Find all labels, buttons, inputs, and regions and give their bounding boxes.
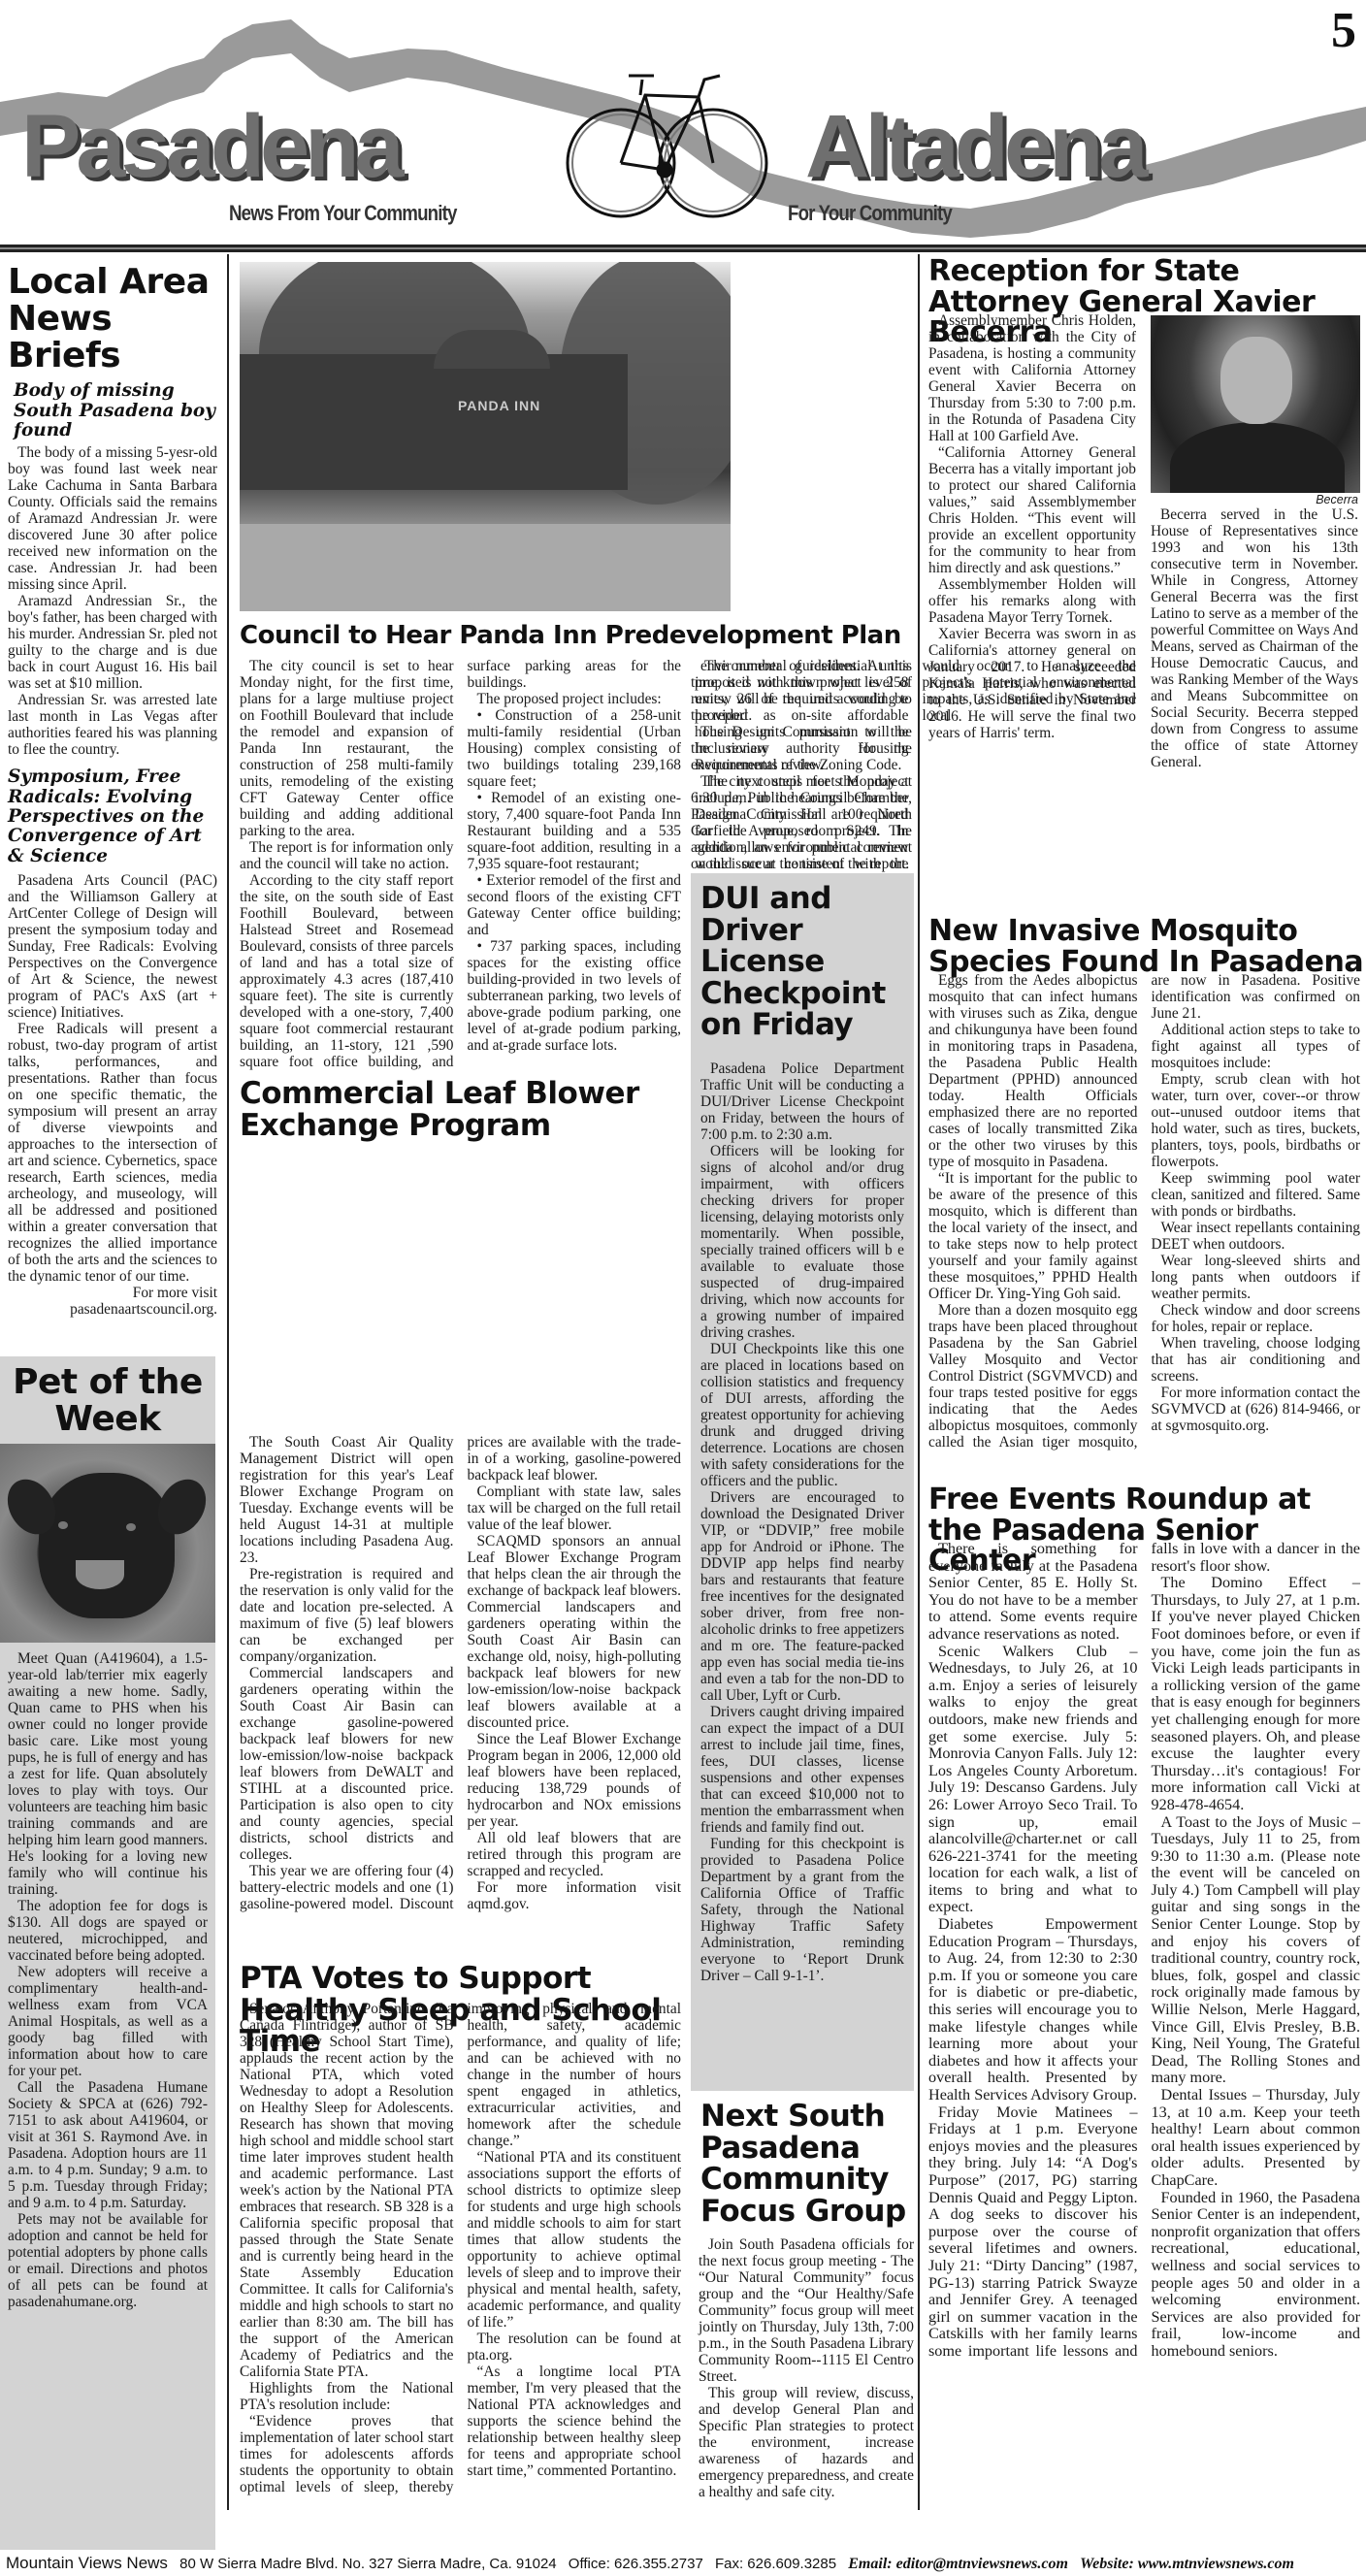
website-link[interactable]: Website: www.mtnviewsnews.com bbox=[1080, 2556, 1294, 2572]
paragraph: Aramazd Andressian Sr., the boy's father… bbox=[8, 593, 217, 692]
paragraph: Assemblymember Holden will offer his rem… bbox=[928, 576, 1136, 626]
paragraph: Officers will be looking for signs of al… bbox=[700, 1143, 904, 1341]
paragraph: Join South Pasadena officials for the ne… bbox=[699, 2236, 914, 2385]
article-body-pta: Senator Anthony Portantino (La Cañada Fl… bbox=[240, 2001, 681, 2544]
paragraph: Diabetes Empowerment Education Program –… bbox=[928, 1916, 1138, 2104]
paragraph: All old leaf blowers that are retired th… bbox=[468, 1830, 682, 1879]
story-subhead: Symposium, Free Radicals: Evolving Persp… bbox=[0, 758, 225, 872]
paragraph: This group will review, discuss, and dev… bbox=[699, 2385, 914, 2500]
paragraph: Founded in 1960, the Pasadena Senior Cen… bbox=[1152, 2190, 1361, 2361]
article-body-senior-center: There is something for everyone in July … bbox=[928, 1541, 1360, 2545]
paragraph: Dental Issues – Thursday, July 13, at 10… bbox=[1152, 2087, 1361, 2190]
article-body-panda-inn: The city council is set to hear Monday n… bbox=[240, 658, 681, 1075]
link-text: For more visit pasadenaartscouncil.org. bbox=[8, 1285, 217, 1318]
masthead-title-altadena: Altadena bbox=[805, 102, 1144, 191]
email-link[interactable]: Email: editor@mtnviewsnews.com bbox=[848, 2556, 1068, 2572]
paragraph: Pasadena Police Department Traffic Unit … bbox=[700, 1060, 904, 1143]
article-title-dui: DUI and Driver License Checkpoint on Fri… bbox=[691, 873, 914, 1047]
photo-caption: Becerra bbox=[1151, 493, 1358, 506]
paragraph: Highlights from the National PTA's resol… bbox=[240, 2380, 454, 2413]
article-body-becerra: Assemblymember Chris Holden, in collabor… bbox=[928, 312, 1136, 741]
paragraph: The city council meets Monday at 6:30 p.… bbox=[691, 773, 912, 872]
paragraph: Pre-registration is required and the res… bbox=[240, 1566, 454, 1665]
article-body-dui: Pasadena Police Department Traffic Unit … bbox=[691, 1047, 914, 1984]
story-body: Pasadena Arts Council (PAC) and the Will… bbox=[0, 872, 225, 1318]
column-divider bbox=[918, 254, 920, 2510]
paragraph: DUI Checkpoints like this one are placed… bbox=[700, 1341, 904, 1489]
page-footer: Mountain Views News 80 W Sierra Madre Bl… bbox=[0, 2554, 1366, 2576]
pet-description: Meet Quan (A419604), a 1.5-year-old lab/… bbox=[0, 1643, 215, 2310]
paragraph: Pasadena Arts Council (PAC) and the Will… bbox=[8, 872, 217, 1021]
paragraph: For more information contact the SGVMVCD… bbox=[1152, 1385, 1361, 1434]
paragraph: Wear insect repellants containing DEET w… bbox=[1152, 1220, 1361, 1253]
section-title: Local Area News Briefs bbox=[0, 254, 225, 374]
article-title-panda-inn: Council to Hear Panda Inn Predevelopment… bbox=[240, 623, 919, 649]
paragraph: “It is important for the public to be aw… bbox=[928, 1170, 1138, 1302]
paragraph: For more information visit aqmd.gov. bbox=[468, 1879, 682, 1912]
paragraph: The Design Commission will be the review… bbox=[691, 724, 912, 773]
paragraph: Assemblymember Chris Holden, in collabor… bbox=[928, 312, 1136, 444]
paragraph: Becerra served in the U.S. House of Repr… bbox=[1151, 506, 1358, 770]
paragraph: “As a longtime local PTA member, I'm ver… bbox=[468, 2364, 682, 2479]
paragraph: Compliant with state law, sales tax will… bbox=[468, 1484, 682, 1533]
paragraph: The city council is set to hear Monday n… bbox=[240, 658, 454, 839]
paragraph: Pets may not be available for adoption a… bbox=[8, 2211, 208, 2310]
paragraph: Check window and door screens for holes,… bbox=[1152, 1302, 1361, 1335]
publication-address: 80 W Sierra Madre Blvd. No. 327 Sierra M… bbox=[179, 2556, 557, 2572]
bullet-item: • 737 parking spaces, including spaces f… bbox=[468, 938, 682, 1054]
masthead: 5 Pasadena Altadena News From Your Commu… bbox=[0, 0, 1366, 243]
article-body-focus-group: Join South Pasadena officials for the ne… bbox=[699, 2236, 914, 2500]
paragraph: The adoption fee for dogs is $130. All d… bbox=[8, 1898, 208, 1964]
paragraph: Additional action steps to take to fight… bbox=[1152, 1022, 1361, 1071]
paragraph: Free Radicals will present a robust, two… bbox=[8, 1021, 217, 1285]
pet-title: Pet of the Week bbox=[0, 1356, 215, 1444]
column-divider bbox=[227, 254, 229, 2510]
article-title-leaf-blower: Commercial Leaf Blower Exchange Program bbox=[240, 1078, 681, 1141]
paragraph: The proposed project includes: bbox=[468, 691, 682, 707]
office-phone: Office: 626.355.2737 bbox=[569, 2556, 703, 2572]
paragraph: Drivers caught driving impaired can expe… bbox=[700, 1704, 904, 1836]
paragraph: environmental guidelines. At this time, … bbox=[691, 658, 912, 724]
story-body: The body of a missing 5-yesr-old boy was… bbox=[0, 444, 225, 758]
paragraph: SCAQMD sponsors an annual Leaf Blower Ex… bbox=[468, 1533, 682, 1731]
article-body-becerra-continued: Becerra served in the U.S. House of Repr… bbox=[1151, 506, 1358, 770]
paragraph: Funding for this checkpoint is provided … bbox=[700, 1836, 904, 1984]
bullet-item: • Remodel of an existing one-story, 7,40… bbox=[468, 790, 682, 872]
paragraph: Andressian Sr. was arrested late last mo… bbox=[8, 692, 217, 758]
paragraph: Call the Pasadena Humane Society & SPCA … bbox=[8, 2079, 208, 2211]
paragraph: Scenic Walkers Club – Wednesdays, to Jul… bbox=[928, 1644, 1138, 1917]
paragraph: Xavier Becerra was sworn in as Californi… bbox=[928, 626, 1136, 741]
paragraph: Eggs from the Aedes albopictus mosquito … bbox=[928, 972, 1138, 1170]
paragraph: The South Coast Air Quality Management D… bbox=[240, 1434, 454, 1566]
paragraph: Meet Quan (A419604), a 1.5-year-old lab/… bbox=[8, 1650, 208, 1898]
paragraph: The Domino Effect – Thursdays, to July 2… bbox=[1152, 1575, 1361, 1813]
tagline-right: For Your Community bbox=[788, 201, 952, 226]
quote: “National PTA and its constituent associ… bbox=[468, 2149, 682, 2331]
story-subhead: Body of missing South Pasadena boy found bbox=[0, 374, 225, 444]
tagline-left: News From Your Community bbox=[229, 201, 457, 226]
masthead-title-pasadena: Pasadena bbox=[21, 102, 400, 191]
pet-of-week-box: Pet of the Week Meet Quan (A419604), a 1… bbox=[0, 1356, 215, 2550]
paragraph: The body of a missing 5-yesr-old boy was… bbox=[8, 444, 217, 593]
paragraph: The report is for information only and t… bbox=[240, 839, 454, 872]
article-title-focus-group: Next South Pasadena Community Focus Grou… bbox=[700, 2101, 914, 2227]
dog-photo bbox=[0, 1444, 215, 1643]
paragraph: Commercial landscapers and gardeners ope… bbox=[240, 1665, 454, 1863]
paragraph: There is something for everyone in July … bbox=[928, 1541, 1138, 1644]
article-body-leaf-blower: The South Coast Air Quality Management D… bbox=[240, 1434, 681, 1958]
paragraph: The resolution can be found at pta.org. bbox=[468, 2331, 682, 2364]
paragraph: New adopters will receive a complimentar… bbox=[8, 1964, 208, 2079]
article-title-mosquito: New Invasive Mosquito Species Found In P… bbox=[928, 916, 1365, 977]
paragraph: A Toast to the Joys of Music – Tuesdays,… bbox=[1152, 1814, 1361, 2088]
becerra-portrait-photo bbox=[1151, 315, 1360, 493]
paragraph: Empty, scrub clean with hot water, turn … bbox=[1152, 1071, 1361, 1170]
article-body-panda-inn-continued: environmental guidelines. At this time, … bbox=[691, 658, 912, 872]
article-body-mosquito: Eggs from the Aedes albopictus mosquito … bbox=[928, 972, 1360, 1482]
bullet-item: • Exterior remodel of the first and seco… bbox=[468, 872, 682, 938]
panda-inn-sign: PANDA INN bbox=[458, 398, 540, 413]
fax-number: Fax: 626.609.3285 bbox=[715, 2556, 836, 2572]
bullet-item: • Construction of a 258-unit multi-famil… bbox=[468, 707, 682, 790]
paragraph: Senator Anthony Portantino (La Cañada Fl… bbox=[240, 2001, 454, 2380]
paragraph: Drivers are encouraged to download the D… bbox=[700, 1489, 904, 1704]
paragraph: Keep swimming pool water clean, sanitize… bbox=[1152, 1170, 1361, 1220]
paragraph: “California Attorney General Becerra has… bbox=[928, 444, 1136, 576]
paragraph: When traveling, choose lodging that has … bbox=[1152, 1335, 1361, 1385]
publication-name: Mountain Views News bbox=[6, 2554, 168, 2572]
panda-inn-photo: PANDA INN bbox=[240, 262, 731, 611]
paragraph: Since the Leaf Blower Exchange Program b… bbox=[468, 1731, 682, 1830]
page-number: 5 bbox=[1331, 2, 1356, 59]
masthead-rule bbox=[0, 245, 1366, 252]
paragraph: Wear long-sleeved shirts and long pants … bbox=[1152, 1253, 1361, 1302]
local-briefs: Local Area News Briefs Body of missing S… bbox=[0, 254, 225, 1318]
dui-checkpoint-box: DUI and Driver License Checkpoint on Fri… bbox=[691, 873, 914, 2091]
